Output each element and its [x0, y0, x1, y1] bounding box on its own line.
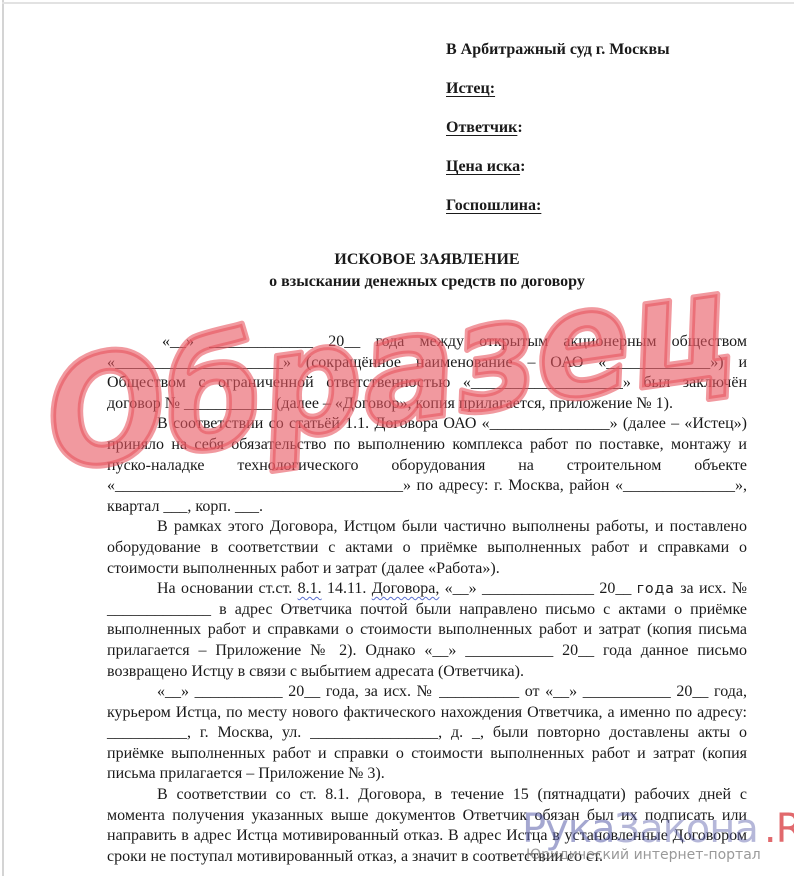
spellcheck-ref-8-1: 8.1.: [298, 580, 322, 597]
field-defendant-label: Ответчик: [446, 119, 517, 136]
document-title: ИСКОВОЕ ЗАЯВЛЕНИЕ о взыскании денежных с…: [0, 249, 794, 293]
field-claim-value-colon: :: [520, 158, 525, 175]
field-plaintiff: Истец:: [446, 77, 670, 116]
field-claim-value-label: Цена иска: [446, 158, 520, 175]
field-claim-value: Цена иска:: [446, 155, 670, 194]
page-left-edge: [2, 0, 4, 876]
claim-body: «__» _____________ 20__ года между откры…: [107, 332, 747, 867]
paragraph-response-deadline: В соответствии со ст. 8.1. Договора, в т…: [107, 785, 747, 867]
paragraph-letter-mid: 14.11.: [322, 580, 372, 597]
field-defendant: Ответчик:: [446, 116, 670, 155]
field-state-duty-label: Госпошлина:: [446, 197, 541, 214]
brand-part-ru: .RU: [764, 806, 794, 852]
page-top-edge: [2, 2, 794, 4]
paragraph-work-performed: В рамках этого Договора, Истцом были час…: [107, 517, 747, 579]
paragraph-letter-year-word: года: [637, 581, 675, 597]
field-plaintiff-colon: :: [490, 80, 495, 97]
paragraph-letter-date: «__» ______________ 20__: [439, 580, 636, 597]
field-state-duty: Госпошлина:: [446, 194, 670, 233]
field-defendant-colon: :: [517, 119, 522, 136]
court-name: В Арбитражный суд г. Москвы: [446, 38, 670, 77]
spellcheck-ref-contract: Договора,: [372, 580, 440, 597]
document-title-main: ИСКОВОЕ ЗАЯВЛЕНИЕ: [60, 249, 794, 271]
paragraph-courier-delivery: «__» ___________ 20__ года, за исх. № __…: [107, 682, 747, 785]
document-title-subtitle: о взыскании денежных средств по договору: [60, 271, 794, 293]
paragraph-letter-lead: На основании ст.ст.: [157, 580, 298, 597]
addressee-block: В Арбитражный суд г. Москвы Истец: Ответ…: [446, 38, 670, 233]
paragraph-obligations: В соответствии со статьёй 1.1. Договора …: [107, 414, 747, 517]
field-plaintiff-label: Истец: [446, 80, 490, 97]
paragraph-contract: «__» _____________ 20__ года между откры…: [107, 332, 747, 414]
paragraph-letter-sent: На основании ст.ст. 8.1. 14.11. Договора…: [107, 579, 747, 682]
